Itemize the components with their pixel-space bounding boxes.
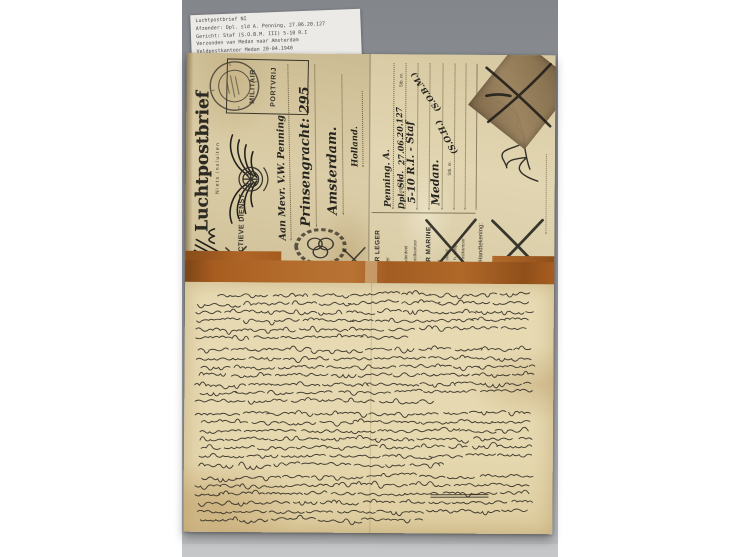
winged-wheel-emblem-icon [223, 132, 276, 226]
stb-nr-hint: Stb. nr. [398, 73, 403, 87]
fold-band-crease [365, 261, 377, 283]
photo-scan: Luchtpostbrief NI Afzender: Dpl. sld A. … [0, 0, 740, 557]
handwritten-page [183, 282, 554, 535]
signature-label: Handtekening: [478, 223, 484, 262]
entry-rang: Dpl. Sld. [395, 171, 406, 210]
table-edge [182, 544, 558, 557]
address-line-2: Prinsengracht: 295 [297, 64, 317, 226]
address-line-3: Amsterdam. [324, 75, 343, 215]
tape-x-icon [484, 56, 555, 134]
postmark-icon [204, 55, 265, 116]
form-rotated-90: Luchtpostbrief Niets insluiten MILITAIR … [185, 53, 556, 285]
photo-background: Luchtpostbrief NI Afzender: Dpl. sld A. … [182, 0, 558, 557]
entry-afzender: Penning. A. [382, 149, 394, 207]
entry-onderdeel: 5-10 R.I. - Staf [405, 121, 418, 203]
aerogramme-front: Luchtpostbrief Niets insluiten MILITAIR … [185, 53, 556, 285]
entry-kantoor: Medan. [428, 159, 442, 205]
stb-nr-hint: Stb. nr. [447, 161, 452, 175]
form-title: Luchtpostbrief [192, 91, 213, 232]
aerogramme: Luchtpostbrief Niets insluiten MILITAIR … [183, 53, 555, 535]
address-line-4: Holland. [350, 91, 364, 167]
form-note: Niets insluiten [215, 142, 221, 194]
